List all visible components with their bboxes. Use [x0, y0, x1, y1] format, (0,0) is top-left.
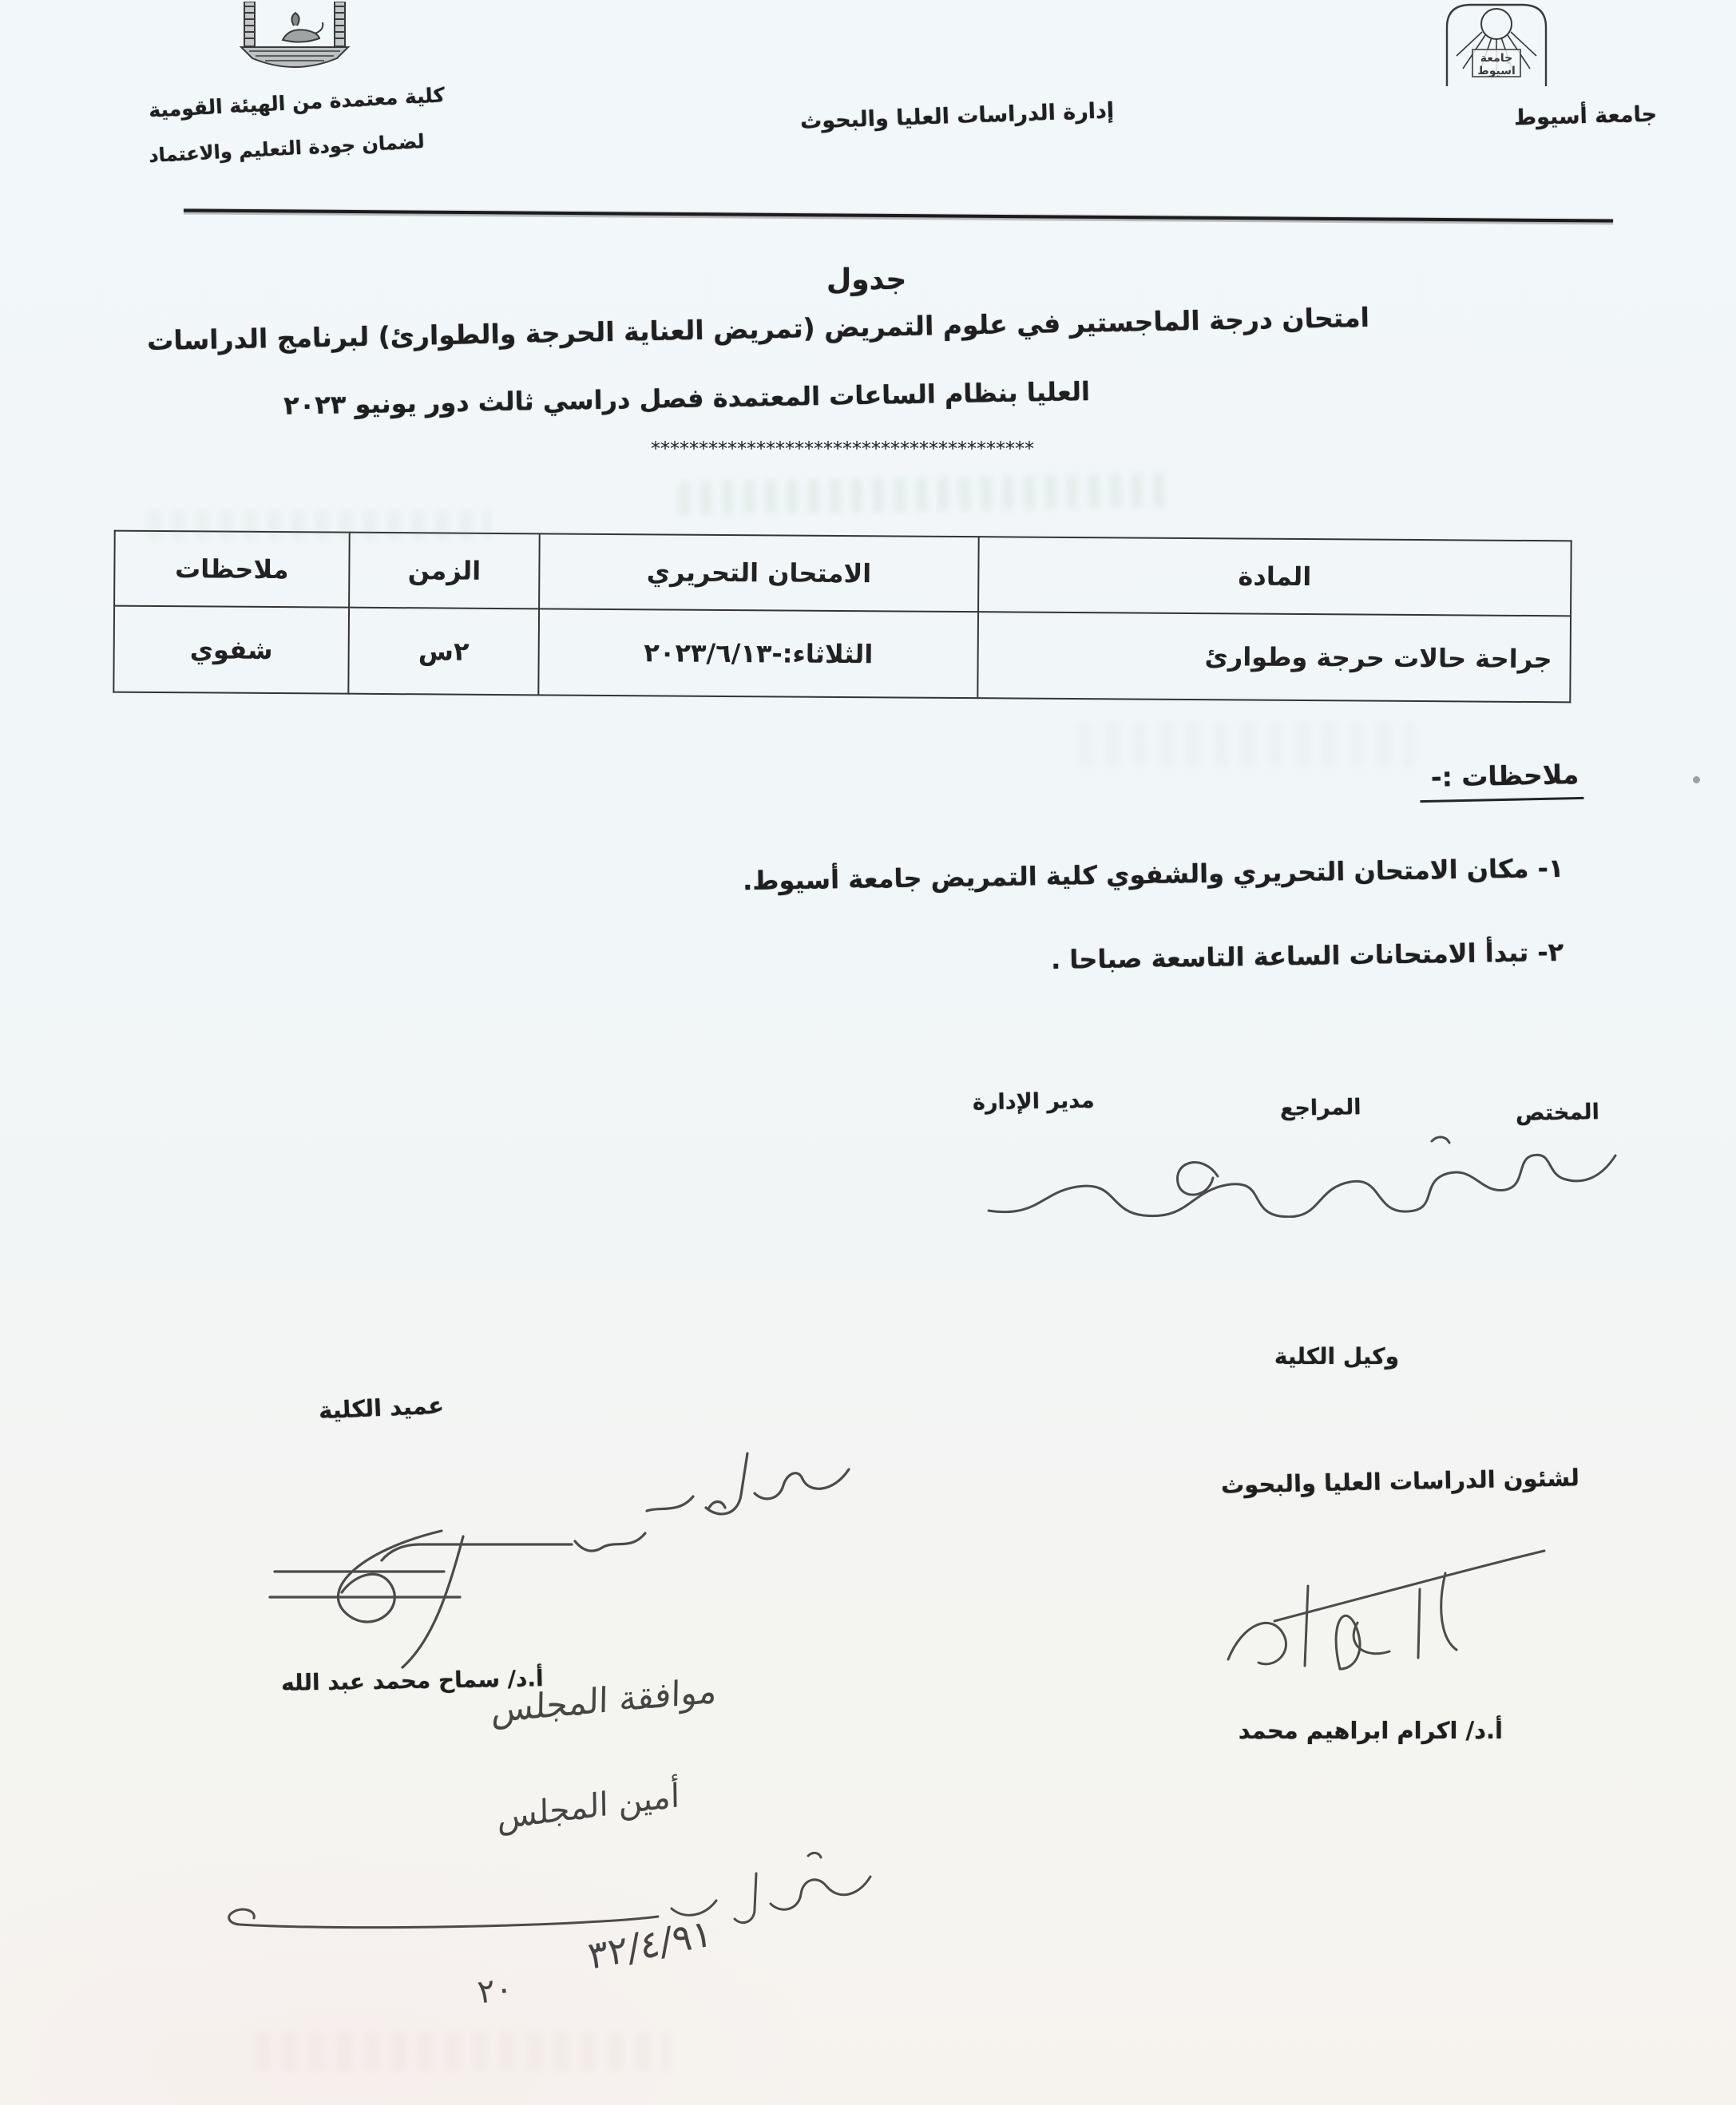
accreditation-line-2: لضمان جودة التعليم والاعتماد: [149, 130, 426, 167]
header-subject: المادة: [978, 537, 1572, 616]
accreditation-line-1: كلية معتمدة من الهيئة القومية: [148, 83, 445, 121]
officials-signature-icon: [954, 1130, 1629, 1218]
label-specialist: المختص: [1516, 1100, 1599, 1126]
asterisk-separator: ****************************************: [651, 438, 1034, 460]
header-divider-rule: [184, 208, 1613, 222]
label-reviewer: المراجع: [1279, 1095, 1361, 1121]
notes-heading: ملاحظات :-: [1419, 759, 1583, 803]
bleedthrough-artifact: [1078, 723, 1413, 767]
page-title: جدول: [826, 264, 906, 296]
vice-dean-name: أ.د/ اكرام ابراهيم محمد: [1239, 1717, 1503, 1744]
assiut-university-emblem-icon: جامعة اسيوط: [1436, 0, 1557, 88]
label-admin-director: مدير الإدارة: [973, 1088, 1095, 1116]
vice-dean-signature-icon: [1180, 1540, 1552, 1690]
cell-subject: جراحة حالات حرجة وطوارئ: [977, 612, 1571, 702]
header-notes: ملاحظات: [114, 531, 349, 608]
exam-schedule-table: المادة الامتحان التحريري الزمن ملاحظات ج…: [113, 530, 1572, 704]
dean-title: عميد الكلية: [318, 1392, 444, 1425]
emblem-text-line1: جامعة: [1480, 52, 1512, 65]
note-item-2: ٢- تبدأ الامتحانات الساعة التاسعة صباحا …: [1051, 937, 1564, 975]
handwritten-date-century: ٢٠: [475, 1968, 515, 2011]
header-written-exam: الامتحان التحريري: [539, 533, 978, 612]
cell-notes: شفوي: [113, 606, 349, 694]
graduate-studies-department: إدارة الدراسات العليا والبحوث: [800, 98, 1115, 134]
exam-intro-line-2: العليا بنظام الساعات المعتمدة فصل دراسي …: [459, 376, 1091, 418]
table-header-row: المادة الامتحان التحريري الزمن ملاحظات: [114, 531, 1572, 616]
vice-dean-subtitle: لشئون الدراسات العليا والبحوث: [1221, 1464, 1580, 1498]
university-name: جامعة أسيوط: [1514, 102, 1658, 131]
scanned-exam-schedule-document: كلية معتمدة من الهيئة القومية لضمان جودة…: [0, 0, 1736, 2105]
cell-written-exam: الثلاثاء:-٢٠٢٣/٦/١٣: [539, 609, 978, 698]
exam-intro-line-1: امتحان درجة الماجستير في علوم التمريض (ت…: [188, 302, 1369, 355]
scan-speck: [1693, 776, 1700, 783]
table-row: جراحة حالات حرجة وطوارئ الثلاثاء:-٢٠٢٣/٦…: [113, 606, 1571, 703]
naqaae-lamp-logo-icon: [238, 2, 351, 72]
note-item-1: ١- مكان الامتحان التحريري والشفوي كلية ا…: [742, 853, 1564, 896]
secretary-signature-icon: [201, 1851, 888, 1947]
bleedthrough-artifact: [679, 474, 1175, 516]
vice-dean-title: وكيل الكلية: [1274, 1343, 1399, 1370]
header-duration: الزمن: [349, 533, 540, 609]
handwritten-council-secretary: أمين المجلس: [497, 1776, 680, 1837]
bleedthrough-artifact: [256, 2032, 671, 2071]
cell-duration: ٢س: [348, 608, 539, 696]
emblem-text-line2: اسيوط: [1477, 65, 1516, 77]
dean-signature-icon: [198, 1431, 865, 1671]
